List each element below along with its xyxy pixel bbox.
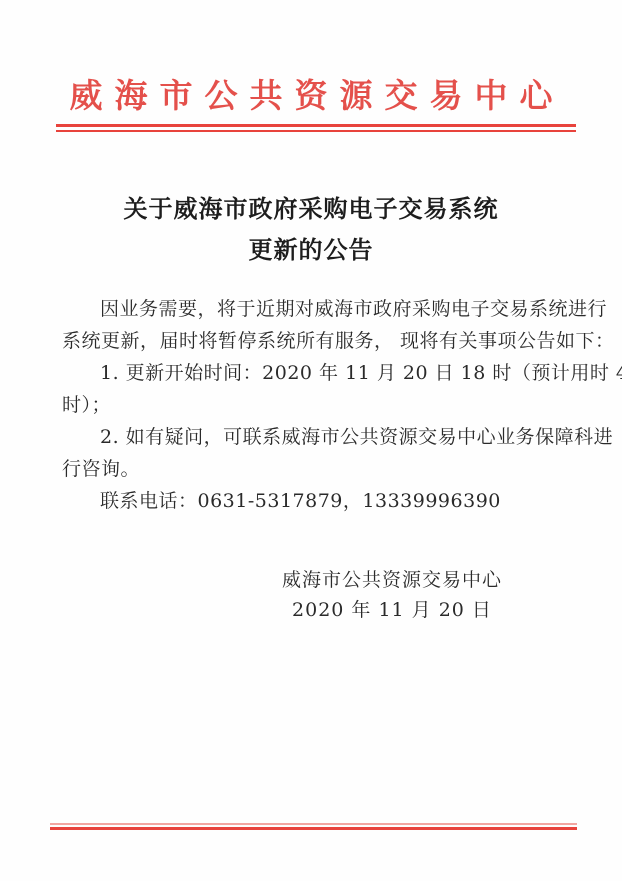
body-line: 因业务需要，将于近期对威海市政府采购电子交易系统进行 [62, 293, 564, 325]
signature-block: 威海市公共资源交易中心 2020 年 11 月 20 日 [62, 565, 564, 625]
notice-page: 威海市公共资源交易中心 关于威海市政府采购电子交易系统 更新的公告 因业务需要，… [0, 0, 622, 881]
signature-inner: 威海市公共资源交易中心 2020 年 11 月 20 日 [282, 565, 502, 625]
notice-title: 关于威海市政府采购电子交易系统 更新的公告 [0, 188, 622, 270]
notice-body: 因业务需要，将于近期对威海市政府采购电子交易系统进行系统更新，届时将暂停系统所有… [62, 293, 564, 517]
body-line: 系统更新，届时将暂停系统所有服务， 现将有关事项公告如下： [62, 325, 564, 357]
body-line: 行咨询。 [62, 453, 564, 485]
body-line: 2. 如有疑问，可联系威海市公共资源交易中心业务保障科进 [62, 421, 564, 453]
body-line: 联系电话：0631-5317879，13339996390 [62, 485, 564, 517]
notice-title-line-1: 关于威海市政府采购电子交易系统 [0, 188, 622, 229]
letterhead-org-name: 威海市公共资源交易中心 [0, 0, 622, 115]
footer-rule [50, 823, 577, 830]
body-line: 时）； [62, 389, 564, 421]
notice-title-line-2: 更新的公告 [0, 229, 622, 270]
letterhead-double-rule [56, 124, 576, 132]
body-line: 1. 更新开始时间：2020 年 11 月 20 日 18 时（预计用时 4 小 [62, 357, 564, 389]
signature-date: 2020 年 11 月 20 日 [282, 595, 502, 625]
signature-org: 威海市公共资源交易中心 [282, 565, 502, 595]
